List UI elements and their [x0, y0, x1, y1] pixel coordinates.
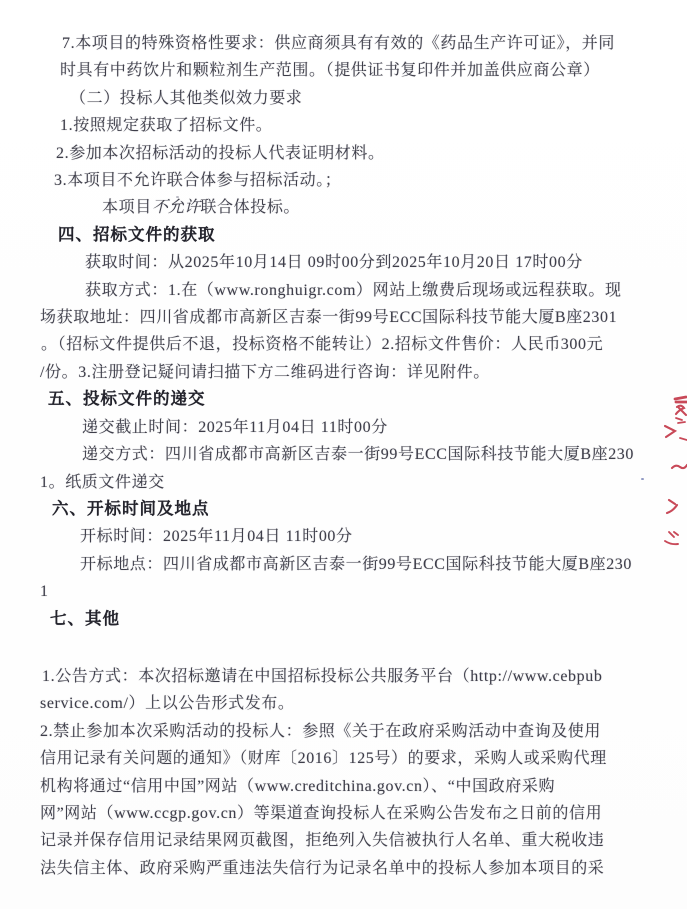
text-line: 场获取地址：四川省成都市高新区吉泰一街99号ECC国际科技节能大厦B座2301 — [40, 304, 667, 331]
section-heading: 五、投标文件的递交 — [40, 386, 667, 413]
text-line: 开标地点：四川省成都市高新区吉泰一街99号ECC国际科技节能大厦B座230 — [40, 551, 667, 578]
text-line: 时具有中药饮片和颗粒剂生产范围。（提供证书复印件并加盖供应商公章） — [40, 57, 667, 84]
text-line: 网”网站（www.ccgp.gov.cn）等渠道查询投标人在采购公告发布之日前的… — [40, 800, 667, 827]
text-line: 递交方式：四川省成都市高新区吉泰一街99号ECC国际科技节能大厦B座230 — [40, 441, 667, 468]
text-line: 2.禁止参加本次采购活动的投标人：参照《关于在政府采购活动中查询及使用 — [40, 718, 667, 745]
text-line: 。（招标文件提供后不退，投标资格不能转让）2.招标文件售价：人民币300元 — [40, 331, 667, 358]
section-heading: 四、招标文件的获取 — [40, 222, 667, 249]
text-line: 开标时间：2025年11月04日 11时00分 — [40, 523, 667, 550]
text-line: 机构将通过“信用中国”网站（www.creditchina.gov.cn）、“中… — [40, 773, 667, 800]
text-line: 本项目不允许联合体投标。 — [40, 194, 667, 221]
text-line: 3.本项目不允许联合体参与招标活动。； — [40, 167, 667, 194]
document-text-block: 7.本项目的特殊资格性要求：供应商须具有有效的《药品生产许可证》，并同时具有中药… — [40, 30, 667, 882]
text-line: 1。纸质文件递交 — [40, 469, 667, 496]
text-line: 法失信主体、政府采购严重违法失信行为记录名单中的投标人参加本项目的采 — [40, 855, 667, 882]
text-line: 2.参加本次招标活动的投标人代表证明材料。 — [40, 140, 667, 167]
text-line: 获取方式：1.在（www.ronghuigr.com）网站上缴费后现场或远程获取… — [40, 277, 667, 304]
text-run: 本项目 — [102, 199, 152, 216]
red-ink-strokes — [665, 397, 687, 544]
gray-speck — [176, 196, 179, 198]
text-run: 联合体投标。 — [200, 199, 300, 216]
document-page: 7.本项目的特殊资格性要求：供应商须具有有效的《药品生产许可证》，并同时具有中药… — [0, 0, 687, 909]
blue-ink-speck — [641, 478, 644, 480]
text-line: 获取时间：从2025年10月14日 09时00分到2025年10月20日 17时… — [40, 249, 667, 276]
text-line: 记录并保存信用记录结果网页截图，拒绝列入失信被执行人名单、重大税收违 — [40, 827, 667, 854]
text-line: 7.本项目的特殊资格性要求：供应商须具有有效的《药品生产许可证》，并同 — [40, 30, 667, 57]
text-line: （二）投标人其他类似效力要求 — [40, 85, 667, 112]
section-heading: 七、其他 — [40, 606, 667, 633]
emphasized-text: 不允许 — [152, 199, 201, 216]
text-line: 信用记录有关问题的通知》（财库〔2016〕125号）的要求，采购人或采购代理 — [40, 745, 667, 772]
text-line: 1.按照规定获取了招标文件。 — [40, 112, 667, 139]
text-line: 1 — [40, 578, 667, 605]
text-line: 1.公告方式：本次招标邀请在中国招标投标公共服务平台（http://www.ce… — [40, 663, 667, 690]
text-line: 递交截止时间：2025年11月04日 11时00分 — [40, 414, 667, 441]
text-line: service.com/）上以公告形式发布。 — [40, 690, 667, 717]
text-line: /份。3.注册登记疑问请扫描下方二维码进行咨询：详见附件。 — [40, 359, 667, 386]
section-heading: 六、开标时间及地点 — [40, 496, 667, 523]
